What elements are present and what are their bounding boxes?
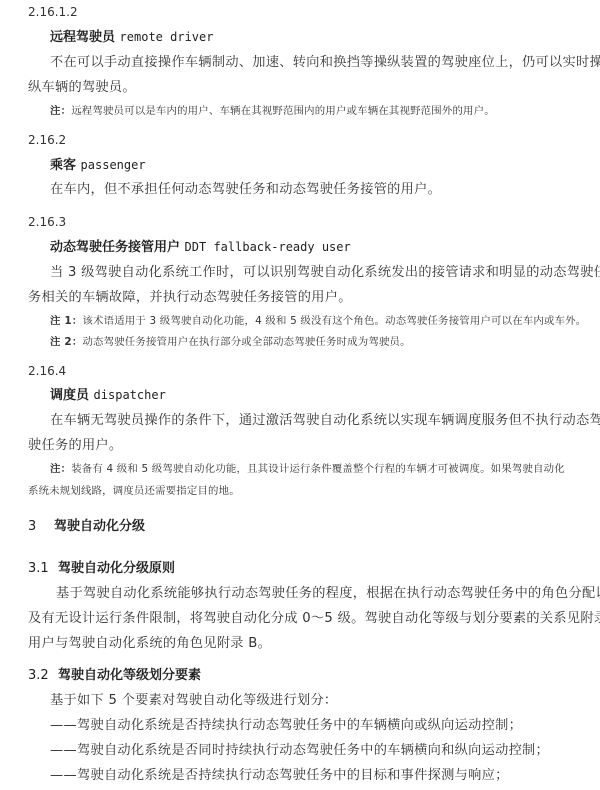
chapter-title: 驾驶自动化分级: [54, 519, 145, 534]
clause-number: 2.16.2: [28, 134, 66, 146]
note-body: 装备有 4 级和 5 级驾驶自动化功能，且其设计运行条件覆盖整个行程的车辆才可被…: [71, 463, 565, 475]
clause-number: 2.16.1.2: [28, 6, 78, 18]
section-number: 3.1: [28, 562, 58, 575]
definition-text: 当 3 级驾驶自动化系统工作时，可以识别驾驶自动化系统发出的接管请求和明显的动态…: [50, 266, 600, 279]
term-english: remote driver: [120, 30, 214, 44]
term-english: passenger: [81, 158, 146, 172]
section-heading: 3.1驾驶自动化分级原则: [28, 562, 175, 575]
note-label: 注 1：: [50, 315, 82, 327]
note-text: 注：远程驾驶员可以是车内的用户、车辆在其视野范围内的用户或车辆在其视野范围外的用…: [50, 106, 495, 116]
note-text: 注：装备有 4 级和 5 级驾驶自动化功能，且其设计运行条件覆盖整个行程的车辆才…: [50, 464, 565, 474]
list-item: ——驾驶自动化系统是否持续执行动态驾驶任务中的目标和事件探测与响应；: [50, 769, 509, 782]
chapter-heading: 3驾驶自动化分级: [28, 520, 145, 533]
note-body: 远程驾驶员可以是车内的用户、车辆在其视野范围内的用户或车辆在其视野范围外的用户。: [71, 105, 495, 117]
section-heading: 3.2驾驶自动化等级划分要素: [28, 669, 201, 682]
note-body: 该术语适用于 3 级驾驶自动化功能，4 级和 5 级没有这个角色。动态驾驶任务接…: [82, 315, 586, 327]
paragraph-text: 基于驾驶自动化系统能够执行动态驾驶任务的程度，根据在执行动态驾驶任务中的角色分配…: [56, 587, 600, 600]
note-label: 注 2：: [50, 336, 82, 348]
section-number: 3.2: [28, 669, 58, 682]
paragraph-text: 用户与驾驶自动化系统的角色见附录 B。: [28, 637, 271, 650]
definition-text: 纵车辆的驾驶员。: [28, 81, 136, 94]
note-text: 注 1：该术语适用于 3 级驾驶自动化功能，4 级和 5 级没有这个角色。动态驾…: [50, 316, 586, 326]
term-chinese: 调度员: [50, 388, 89, 403]
note-body: 动态驾驶任务接管用户在执行部分或全部动态驾驶任务时成为驾驶员。: [82, 336, 410, 348]
note-label: 注：: [50, 105, 71, 117]
term-chinese: 动态驾驶任务接管用户: [50, 240, 180, 255]
term-heading: 动态驾驶任务接管用户 DDT fallback-ready user: [50, 241, 351, 254]
clause-number: 2.16.4: [28, 365, 66, 377]
note-text: 系统未规划线路，调度员还需要指定目的地。: [28, 486, 240, 496]
term-heading: 调度员 dispatcher: [50, 389, 166, 402]
list-item: ——驾驶自动化系统是否同时持续执行动态驾驶任务中的车辆横向和纵向运动控制；: [50, 744, 549, 757]
note-text: 注 2：动态驾驶任务接管用户在执行部分或全部动态驾驶任务时成为驾驶员。: [50, 337, 411, 347]
section-title: 驾驶自动化等级划分要素: [58, 668, 201, 683]
term-heading: 乘客 passenger: [50, 159, 146, 172]
definition-text: 驶任务的用户。: [28, 439, 122, 452]
note-label: 注：: [50, 463, 71, 475]
term-english: DDT fallback-ready user: [185, 240, 351, 254]
paragraph-text: 基于如下 5 个要素对驾驶自动化等级进行划分：: [50, 694, 337, 707]
term-chinese: 乘客: [50, 158, 76, 173]
term-english: dispatcher: [94, 388, 166, 402]
chapter-number: 3: [28, 520, 54, 533]
paragraph-text: 及有无设计运行条件限制，将驾驶自动化分成 0～5 级。驾驶自动化等级与划分要素的…: [28, 612, 600, 625]
definition-text: 在车辆无驾驶员操作的条件下，通过激活驾驶自动化系统以实现车辆调度服务但不执行动态…: [50, 414, 600, 427]
list-item: ——驾驶自动化系统是否持续执行动态驾驶任务中的车辆横向或纵向运动控制；: [50, 719, 522, 732]
definition-text: 务相关的车辆故障，并执行动态驾驶任务接管的用户。: [28, 291, 352, 304]
section-title: 驾驶自动化分级原则: [58, 561, 175, 576]
definition-text: 在车内，但不承担任何动态驾驶任务和动态驾驶任务接管的用户。: [50, 183, 441, 196]
term-chinese: 远程驾驶员: [50, 30, 115, 45]
term-heading: 远程驾驶员 remote driver: [50, 31, 213, 44]
definition-text: 不在可以手动直接操作车辆制动、加速、转向和换挡等操纵装置的驾驶座位上，仍可以实时…: [50, 56, 600, 69]
clause-number: 2.16.3: [28, 216, 66, 228]
